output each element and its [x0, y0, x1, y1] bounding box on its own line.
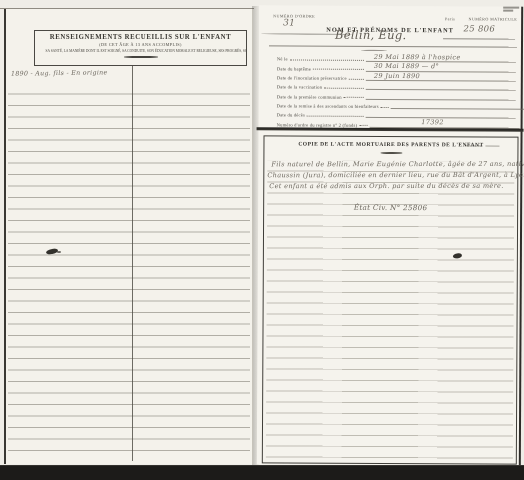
- field-label: Date de l'inoculation préservatrice: [277, 75, 347, 80]
- field-label: Né le: [277, 57, 288, 62]
- left-page-ruled-lines: [8, 83, 250, 461]
- field-writing-line: [366, 90, 516, 100]
- scan-bottom-border: [0, 465, 524, 480]
- header-separator-ornament: [124, 56, 158, 58]
- dotted-leader: [344, 97, 364, 98]
- left-page-column-divider: [132, 66, 133, 461]
- form-fields: Né le 29 Mai 1889 à l'hospice Date du ba…: [277, 52, 516, 128]
- child-name-flourish: [361, 50, 387, 51]
- left-page-title: RENSEIGNEMENTS RECUEILLIS SUR L'ENFANT: [35, 34, 246, 42]
- left-page: RENSEIGNEMENTS RECUEILLIS SUR L'ENFANT (…: [4, 9, 253, 464]
- field-label: Date du baptême: [277, 66, 311, 71]
- dotted-leader: [381, 107, 389, 108]
- child-name-value: Bellin, Eug.: [335, 28, 407, 42]
- city-label: Paris: [445, 16, 455, 21]
- mortuary-section-title: COPIE DE L'ACTE MORTUAIRE DES PARENTS DE…: [264, 141, 517, 148]
- mortuary-handwritten-line: Cet enfant a été admis aux Orph. par sui…: [269, 182, 503, 190]
- matricule-number-label: NUMÉRO MATRICULE: [469, 16, 518, 21]
- dotted-leader: [359, 125, 367, 126]
- dotted-leader: [324, 88, 364, 89]
- dotted-leader: [290, 59, 364, 60]
- matricule-number-value: 25 806: [464, 24, 496, 34]
- mortuary-handwritten-line: Fils naturel de Bellin, Marie Eugénie Ch…: [271, 160, 524, 168]
- section-divider-bar: [257, 127, 524, 132]
- child-name-underline: [269, 45, 517, 47]
- field-value: 17392: [421, 118, 444, 126]
- matricule-underline: [443, 38, 515, 39]
- left-page-description: SA SANTÉ, LA MANIÈRE DONT IL EST SOIGNÉ,…: [46, 48, 236, 54]
- dotted-leader: [307, 115, 364, 116]
- left-page-header-box: RENSEIGNEMENTS RECUEILLIS SUR L'ENFANT (…: [34, 30, 247, 66]
- mortuary-signature: État Civ. N° 25806: [264, 202, 517, 212]
- dotted-leader: [349, 78, 364, 79]
- field-value: 29 Juin 1890: [374, 71, 420, 79]
- mortuary-act-box: COPIE DE L'ACTE MORTUAIRE DES PARENTS DE…: [262, 135, 519, 464]
- right-page: NUMÉRO D'ORDRE 31 NOM ET PRÉNOMS DE L'EN…: [257, 5, 523, 465]
- field-label: Date de la vaccination: [277, 85, 322, 90]
- field-label: Date du décès: [277, 113, 305, 118]
- corner-stamp: [503, 6, 519, 13]
- field-label: Date de la remise à des ascendants ou bi…: [277, 103, 379, 109]
- field-value: 29 Mai 1889 à l'hospice: [374, 53, 461, 61]
- mortuary-title-ornament: [380, 152, 402, 154]
- left-page-handwritten-annotation: 1890 - Aug. fils - En origine: [11, 69, 108, 77]
- ink-blot-tail: [57, 251, 61, 253]
- dotted-leader: [313, 69, 364, 70]
- field-value: 30 Mai 1889 — d°: [374, 62, 439, 70]
- field-label: Date de la première communion: [277, 94, 342, 99]
- scanned-registry-document: RENSEIGNEMENTS RECUEILLIS SUR L'ENFANT (…: [0, 0, 524, 480]
- mortuary-handwritten-line: Chaussin (Jura), domiciliée en dernier l…: [267, 171, 524, 179]
